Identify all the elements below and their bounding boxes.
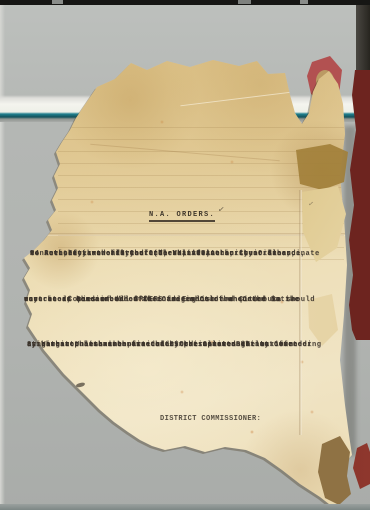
check-mark-icon: ✓ — [217, 205, 225, 215]
scan-top-edge-gap — [238, 0, 251, 4]
district-commissioner-line: DISTRICT COMMISSIONER: — [160, 415, 261, 423]
faint-check-mark-icon: ✓ — [307, 200, 314, 209]
scanned-document-page: N.A. ORDERS. ✓ ✓ It is the duty of the N… — [0, 0, 370, 510]
scan-bottom-edge — [0, 504, 370, 510]
ink-smudge — [76, 382, 86, 388]
scan-top-edge-gap — [300, 0, 308, 4]
scan-top-edge-gap — [52, 0, 63, 4]
typewritten-text-layer: N.A. ORDERS. ✓ ✓ It is the duty of the N… — [0, 0, 370, 510]
document-title: N.A. ORDERS. — [149, 211, 215, 222]
